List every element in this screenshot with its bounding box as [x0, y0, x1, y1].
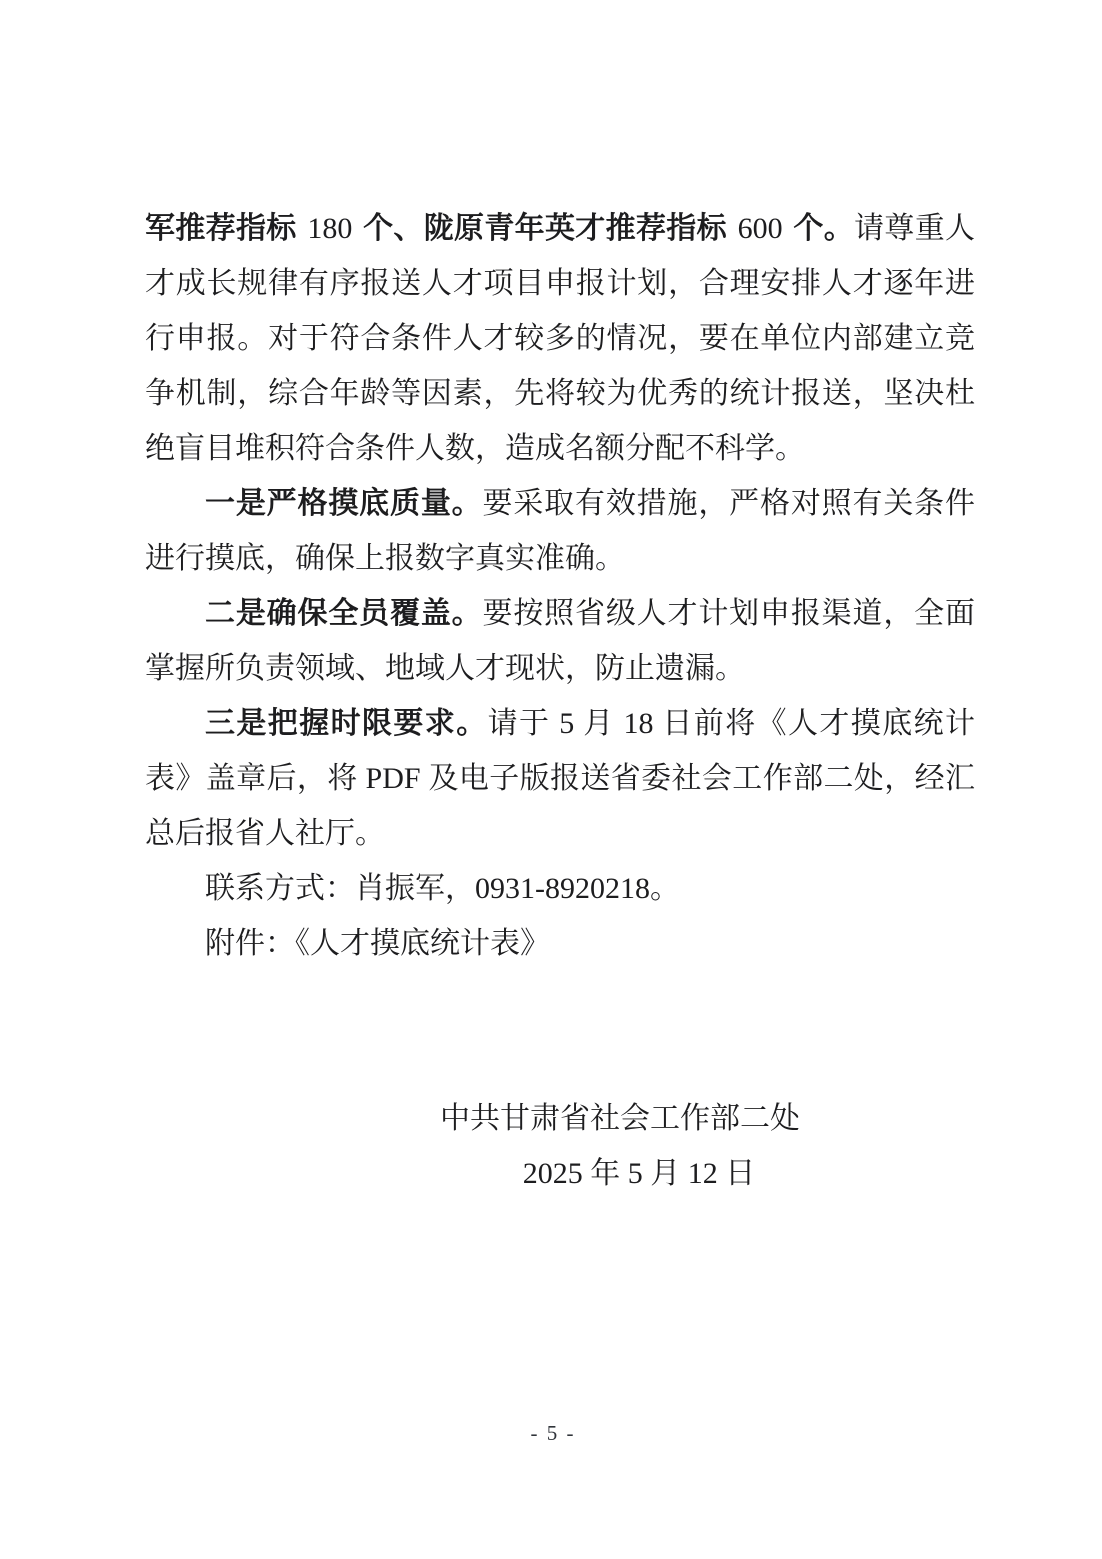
paragraph: 联系方式：肖振军，0931-8920218。 — [145, 861, 975, 916]
bold-lead-text: 军推荐指标 — [145, 211, 307, 246]
bold-lead-text: 个。 — [783, 211, 854, 246]
document-body: 军推荐指标 180 个、陇原青年英才推荐指标 600 个。请尊重人才成长规律有序… — [145, 201, 975, 971]
bold-lead-text: 个、陇原青年英才推荐指标 — [352, 211, 737, 246]
document-page: 军推荐指标 180 个、陇原青年英才推荐指标 600 个。请尊重人才成长规律有序… — [0, 0, 1102, 1559]
bold-lead-text: 三是把握时限要求。 — [205, 706, 488, 741]
bold-lead-text: 一是严格摸底质量。 — [205, 486, 483, 521]
paragraph: 军推荐指标 180 个、陇原青年英才推荐指标 600 个。请尊重人才成长规律有序… — [145, 201, 975, 476]
signature-department-text: 中共甘肃省社会工作部二处 — [440, 1102, 800, 1135]
paragraph: 三是把握时限要求。请于 5 月 18 日前将《人才摸底统计表》盖章后，将 PDF… — [145, 696, 975, 861]
body-text: 180 — [307, 212, 352, 245]
paragraph: 一是严格摸底质量。要采取有效措施，严格对照有关条件进行摸底，确保上报数字真实准确… — [145, 476, 975, 586]
bold-lead-text: 二是确保全员覆盖。 — [205, 596, 483, 631]
body-text: 600 — [738, 212, 783, 245]
signature-date: 2025 年 5 月 12 日 — [0, 1146, 1102, 1201]
paragraph: 二是确保全员覆盖。要按照省级人才计划申报渠道，全面掌握所负责领域、地域人才现状，… — [145, 586, 975, 696]
page-number: - 5 - — [2, 1420, 1102, 1446]
body-text: 请尊重人才成长规律有序报送人才项目申报计划，合理安排人才逐年进行申报。对于符合条… — [145, 212, 975, 465]
body-text: 联系方式：肖振军，0931-8920218。 — [205, 872, 680, 905]
paragraph: 附件：《人才摸底统计表》 — [145, 916, 975, 971]
body-text: 附件：《人才摸底统计表》 — [205, 927, 550, 960]
signature-department: 中共甘肃省社会工作部二处 — [0, 1091, 1102, 1146]
page-number-text: - 5 - — [531, 1421, 576, 1445]
signature-date-text: 2025 年 5 月 12 日 — [523, 1157, 756, 1190]
